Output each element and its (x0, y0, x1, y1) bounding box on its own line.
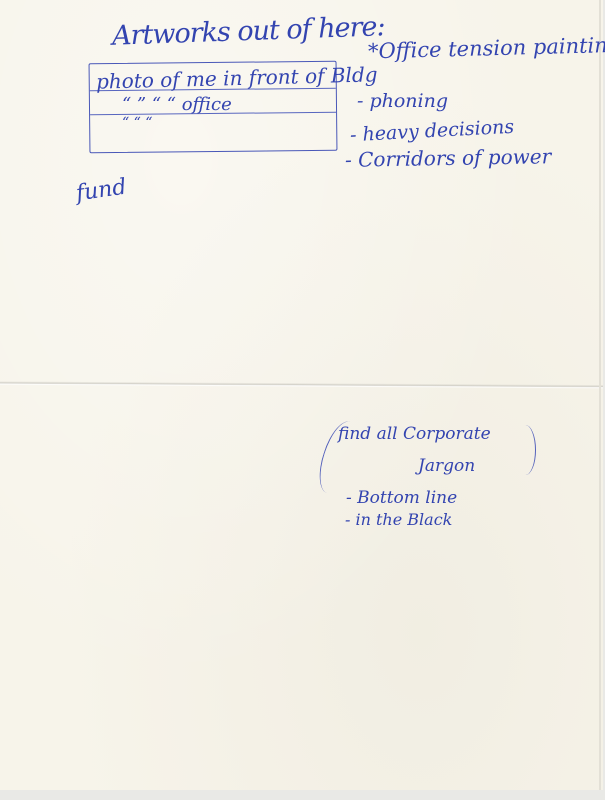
close-parenthesis (515, 425, 536, 475)
fund-note: fund (75, 177, 128, 206)
office-paintings-heading: *Office tension paintings (368, 35, 605, 63)
office-paintings-item: - Corridors of power (345, 146, 551, 170)
office-paintings-item: - heavy decisions (350, 118, 515, 146)
artworks-heading: Artworks out of here: (112, 13, 385, 49)
artworks-row-3: “ “ “ (122, 116, 152, 130)
office-paintings-item: - phoning (357, 92, 448, 111)
artworks-row-2: “ ” “ “ office (122, 96, 232, 114)
jargon-item: - Bottom line (346, 490, 457, 507)
paper-sheet: Artworks out of here: photo of me in fro… (0, 0, 603, 790)
jargon-item: - in the Black (345, 512, 452, 528)
corporate-jargon-line-2: Jargon (418, 458, 475, 475)
corporate-jargon-line-1: find all Corporate (338, 426, 491, 443)
paper-fold-line (0, 381, 603, 389)
paper-edge (599, 0, 601, 790)
